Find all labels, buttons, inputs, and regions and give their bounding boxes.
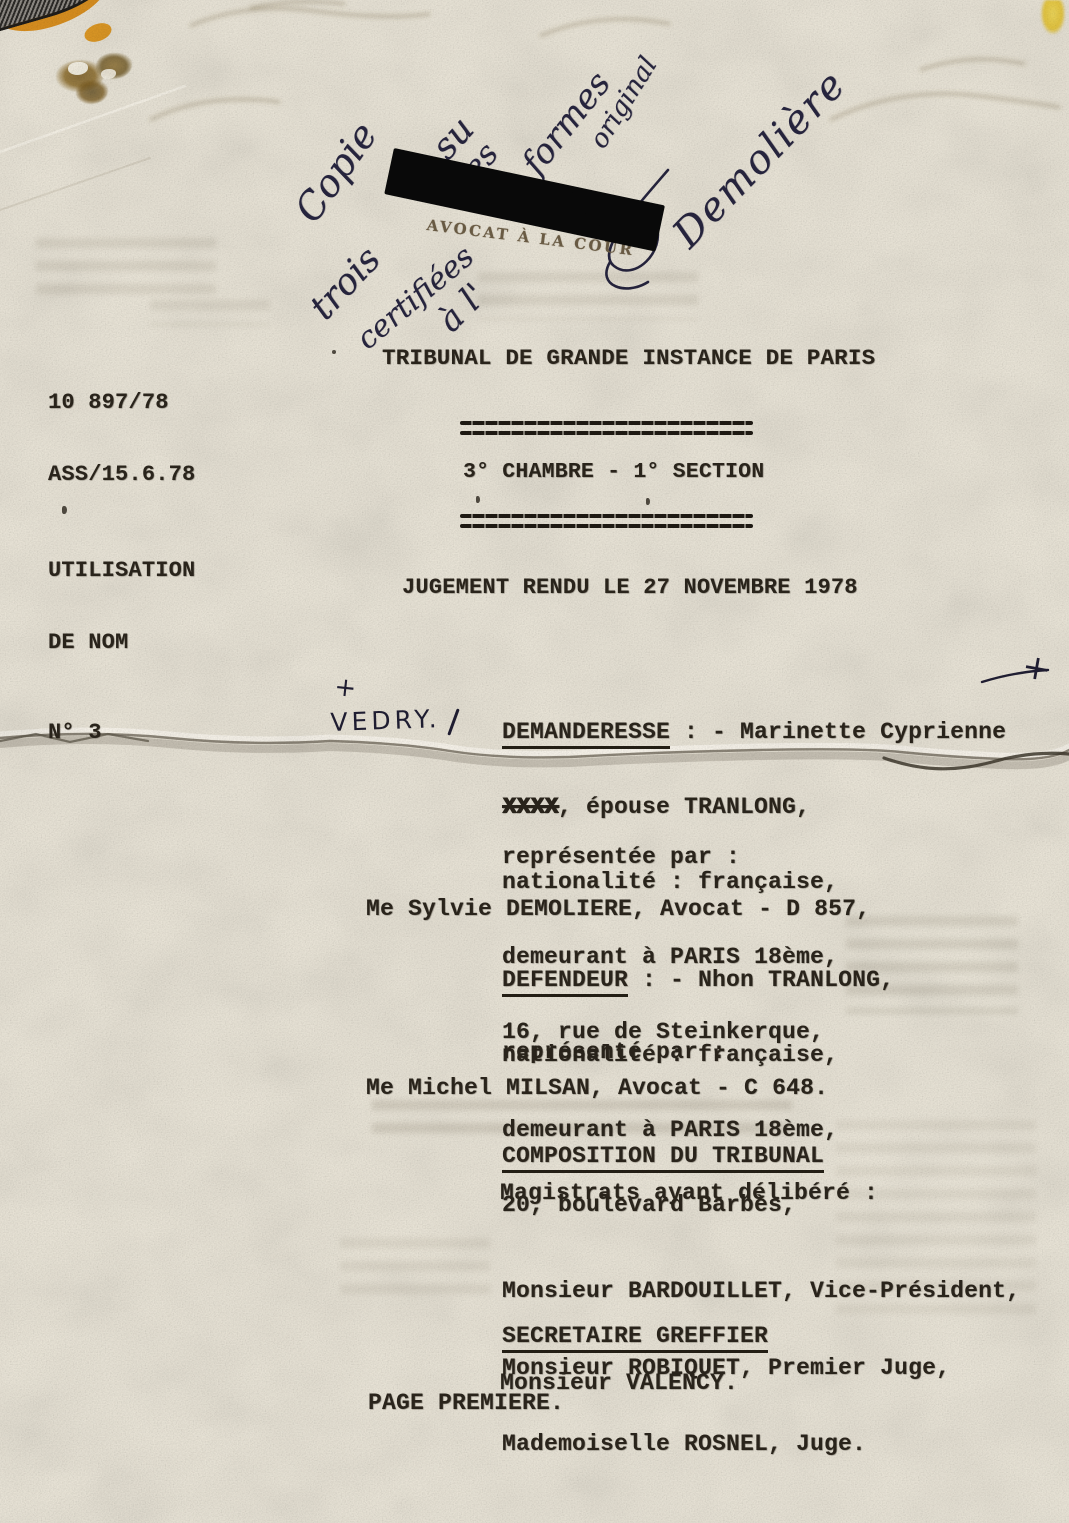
plaintiff-label: DEMANDERESSE (502, 719, 670, 749)
handwritten-word: Copie (286, 114, 386, 230)
composition-heading: COMPOSITION DU TRIBUNAL (502, 1144, 824, 1169)
defendant-counsel: Me Michel MILSAN, Avocat - C 648. (366, 1076, 828, 1101)
margin-cross: + (333, 672, 358, 704)
case-number-2: ASS/15.6.78 (48, 463, 195, 487)
plaintiff-line-2: XXXX, épouse TRANLONG, (502, 795, 1006, 820)
clerk-heading: SECRETAIRE GREFFIER (502, 1324, 768, 1349)
defendant-residence: demeurant à PARIS 18ème, (502, 1118, 894, 1143)
separator-rule (460, 421, 753, 425)
ink-speck (646, 498, 650, 505)
case-subject-2: DE NOM (48, 631, 195, 655)
plaintiff-represented: représentée par : (502, 845, 740, 870)
defendant-name: : - Nhon TRANLONG, (628, 967, 894, 993)
judge-row: Mademoiselle ROSNEL, Juge. (502, 1432, 1020, 1458)
case-subject: UTILISATION (48, 559, 195, 583)
margin-tick (447, 708, 459, 735)
document-page: Copie su trois certifiées es formes à l'… (0, 0, 1069, 1523)
judges-list: Monsieur BARDOUILLET, Vice-Président, Mo… (502, 1228, 1020, 1509)
handwritten-signature: Demolière (664, 61, 855, 257)
defendant-represented: représenté par : (502, 1040, 726, 1065)
chamber-section: 3° CHAMBRE - 1° SECTION (463, 460, 764, 485)
separator-rule (460, 431, 753, 435)
name-cross: + (1019, 646, 1054, 690)
plaintiff-nationality: nationalité : française, (502, 870, 1006, 895)
case-reference-block: 10 897/78 ASS/15.6.78 UTILISATION DE NOM… (48, 343, 195, 793)
judge-row: Monsieur BARDOUILLET, Vice-Président, (502, 1279, 1020, 1305)
rust-stain (76, 80, 108, 104)
crease-lines (0, 86, 185, 210)
separator-rule (460, 514, 753, 518)
corner-orange-fleck (82, 20, 114, 46)
ghost-text (36, 238, 216, 294)
yellow-spot (1041, 0, 1065, 34)
case-number: 10 897/78 (48, 391, 195, 415)
composition-subtitle: Magistrats ayant délibéré : (500, 1181, 878, 1206)
ink-speck (476, 496, 480, 503)
ink-speck (332, 350, 336, 354)
plaintiff-name: : - Marinette Cyprienne (670, 719, 1006, 745)
margin-name: VEDRY. (330, 704, 441, 737)
plaintiff-line-1: DEMANDERESSE : - Marinette Cyprienne (502, 720, 1006, 745)
court-title: TRIBUNAL DE GRANDE INSTANCE DE PARIS (382, 346, 875, 371)
ghost-text (340, 1238, 490, 1304)
ghost-text (150, 300, 270, 326)
copy-number: N° 3 (48, 721, 195, 745)
judgment-date-line: JUGEMENT RENDU LE 27 NOVEMBRE 1978 (402, 575, 858, 600)
defendant-label: DEFENDEUR (502, 967, 628, 997)
struck-name: XXXX (502, 794, 558, 820)
separator-rule (460, 524, 753, 528)
ghost-text (478, 272, 698, 320)
ink-speck (62, 506, 67, 514)
page-label: PAGE PREMIERE. (368, 1391, 564, 1416)
defendant-line-1: DEFENDEUR : - Nhon TRANLONG, (502, 968, 894, 993)
